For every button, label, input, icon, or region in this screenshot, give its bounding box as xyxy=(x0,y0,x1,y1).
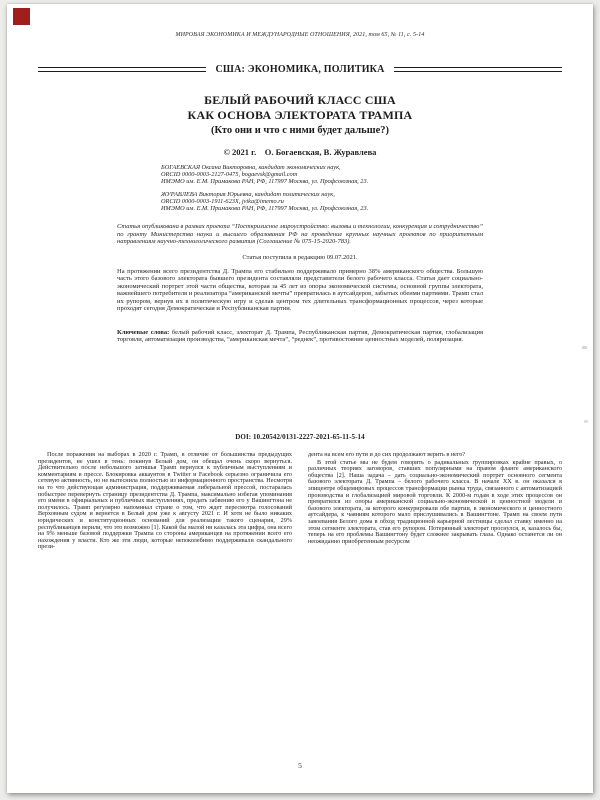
page-number: 5 xyxy=(7,761,593,770)
article-body: После поражения на выборах в 2020 г. Тра… xyxy=(38,452,562,551)
scan-artifact xyxy=(584,420,588,423)
authors-info: БОГАЕВСКАЯ Оксана Викторовна, кандидат э… xyxy=(161,165,368,218)
section-header: США: ЭКОНОМИКА, ПОЛИТИКА xyxy=(7,64,593,75)
keywords-text: белый рабочий класс, электорат Д. Трампа… xyxy=(117,329,483,343)
author-block-1: БОГАЕВСКАЯ Оксана Викторовна, кандидат э… xyxy=(161,165,368,186)
corner-mark xyxy=(13,8,30,25)
screenshot-root: { "colors": { "corner_mark": "#9e1f1c", … xyxy=(0,0,600,800)
section-rule-right xyxy=(394,67,562,72)
article-byline: © 2021 г. О. Богаевская, В. Журавлева xyxy=(7,147,593,157)
doi-line: DOI: 10.20542/0131-2227-2021-65-11-5-14 xyxy=(7,433,593,441)
body-column-right: дента на всем его пути и до сих продолжа… xyxy=(308,452,562,551)
received-date-line: Статья поступила в редакцию 09.07.2021. xyxy=(7,254,593,261)
article-title: БЕЛЫЙ РАБОЧИЙ КЛАСС США КАК ОСНОВА ЭЛЕКТ… xyxy=(7,93,593,137)
section-rule-left xyxy=(38,67,206,72)
article-title-line2: КАК ОСНОВА ЭЛЕКТОРАТА ТРАМПА xyxy=(7,108,593,123)
journal-running-head: МИРОВАЯ ЭКОНОМИКА И МЕЖДУНАРОДНЫЕ ОТНОШЕ… xyxy=(7,32,593,38)
keywords-label: Ключевые слова: xyxy=(117,329,169,336)
article-title-line1: БЕЛЫЙ РАБОЧИЙ КЛАСС США xyxy=(7,93,593,108)
section-title: США: ЭКОНОМИКА, ПОЛИТИКА xyxy=(215,64,384,75)
abstract-text: На протяжении всего президентства Д. Тра… xyxy=(117,268,483,312)
body-column-left: После поражения на выборах в 2020 г. Тра… xyxy=(38,452,292,551)
keywords-block: Ключевые слова: белый рабочий класс, эле… xyxy=(117,329,483,344)
body-paragraph: В этой статье мы не будем говорить о рад… xyxy=(308,460,562,546)
funding-note: Статья опубликована в рамках проекта “По… xyxy=(117,223,483,246)
author2-affiliation: ИМЭМО им. Е.М. Примакова РАН, РФ, 117997… xyxy=(161,206,368,213)
scan-artifact xyxy=(582,346,587,349)
body-paragraph: дента на всем его пути и до сих продолжа… xyxy=(308,452,562,459)
article-title-subtitle: (Кто они и что с ними будет дальше?) xyxy=(7,124,593,137)
paper-page: МИРОВАЯ ЭКОНОМИКА И МЕЖДУНАРОДНЫЕ ОТНОШЕ… xyxy=(7,4,593,793)
author-block-2: ЖУРАВЛЕВА Виктория Юрьевна, кандидат пол… xyxy=(161,192,368,213)
body-paragraph: После поражения на выборах в 2020 г. Тра… xyxy=(38,452,292,551)
author1-affiliation: ИМЭМО им. Е.М. Примакова РАН, РФ, 117997… xyxy=(161,179,368,186)
